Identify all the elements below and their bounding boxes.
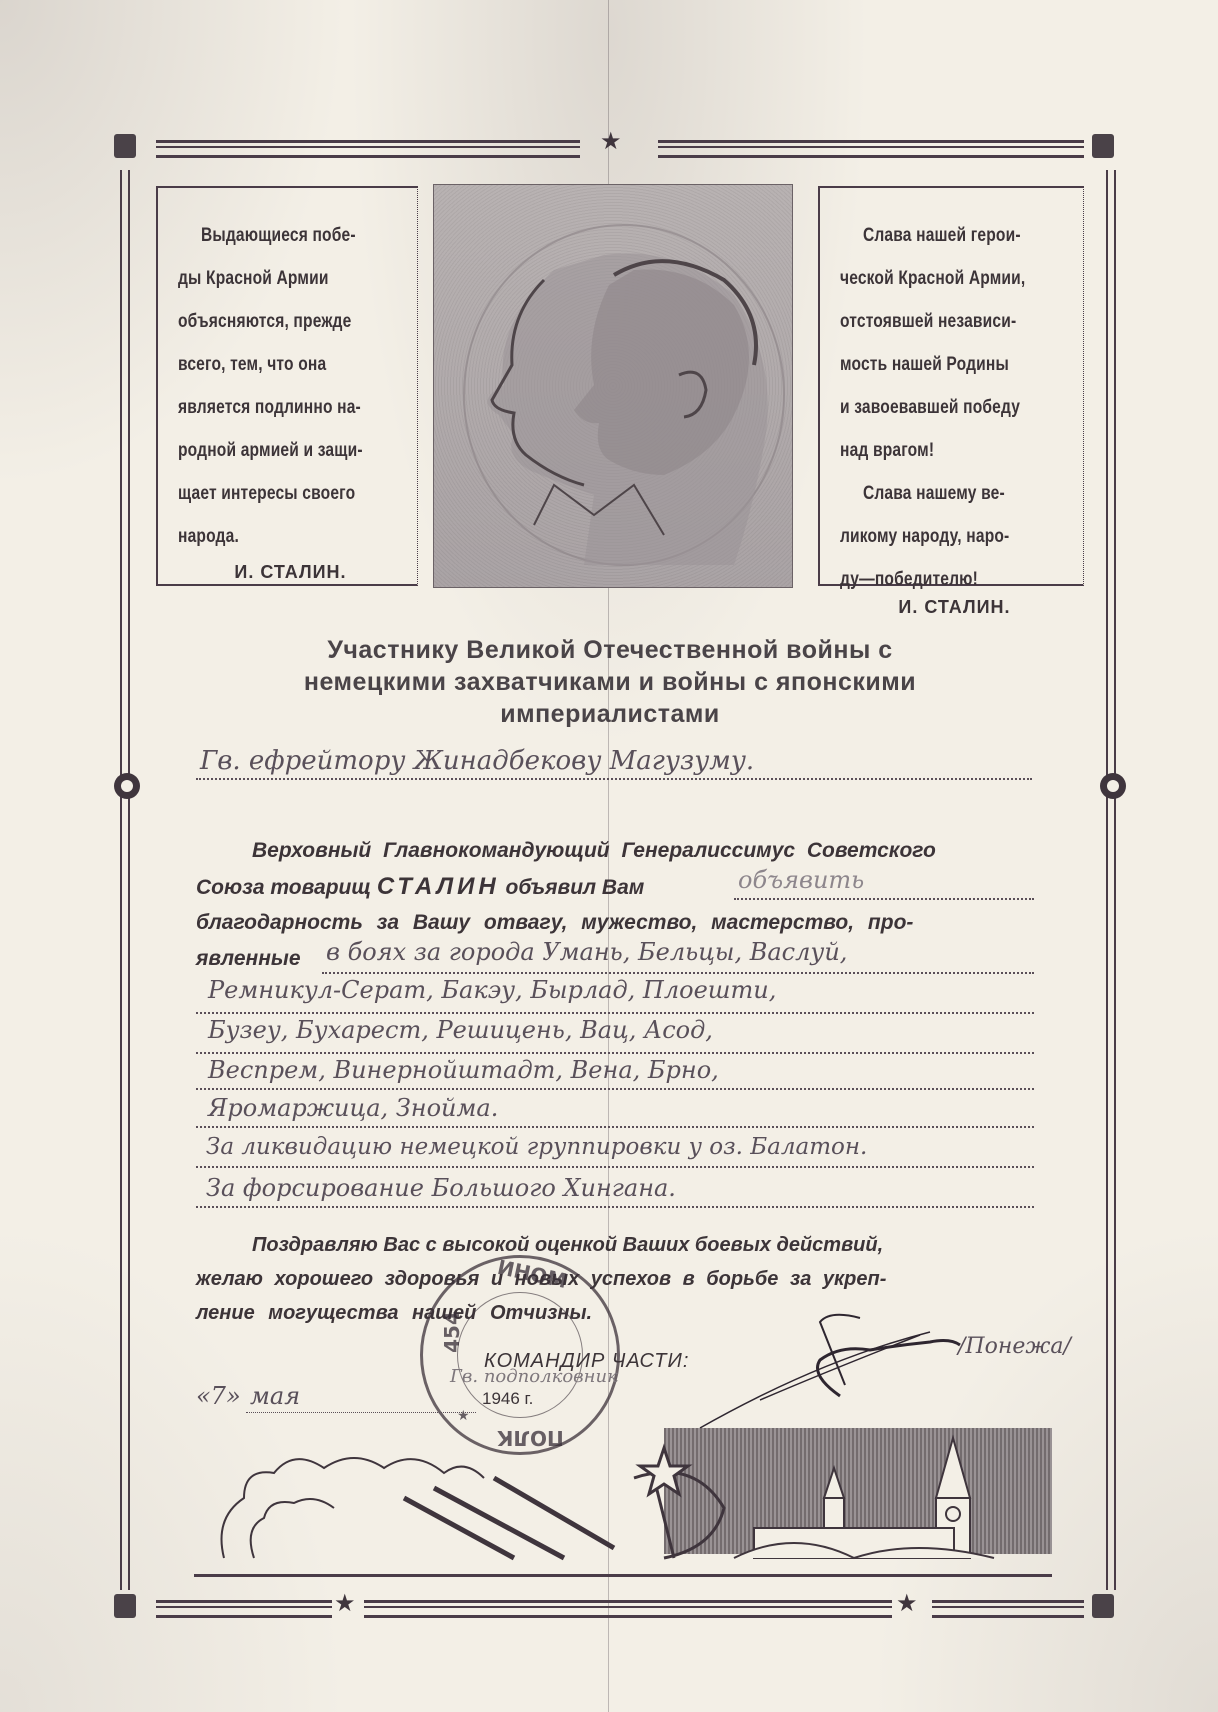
quote-line: народа. <box>178 515 403 558</box>
right-quote-text: Слава нашей герои- ческой Красной Армии,… <box>840 214 1069 601</box>
battles-line-6: За форсирование Большого Хингана. <box>206 1174 676 1202</box>
quote-line: родной армией и защи- <box>178 429 403 472</box>
battles-underline-4 <box>196 1126 1034 1128</box>
date-month: мая <box>250 1382 300 1410</box>
certificate-heading: Участнику Великой Отечественной войны с … <box>180 634 1040 730</box>
recipient-name: Гв. ефрейтору Жинадбекову Магузуму. <box>200 746 754 776</box>
closing-line-1: Поздравляю Вас с высокой оценкой Ваших б… <box>252 1228 883 1262</box>
left-quote-box: Выдающиеся побе- ды Красной Армии объясн… <box>156 186 418 586</box>
right-border <box>1106 170 1116 1590</box>
quote-line: ды Красной Армии <box>178 257 403 300</box>
star-icon: ★ <box>600 130 622 154</box>
left-quote-text: Выдающиеся побе- ды Красной Армии объясн… <box>178 214 403 558</box>
body-text: Союза товарищ <box>196 876 371 899</box>
battles-underline-2 <box>196 1052 1034 1054</box>
quote-line: над врагом! <box>840 429 1069 472</box>
right-quote-box: Слава нашей герои- ческой Красной Армии,… <box>818 186 1084 586</box>
left-border <box>120 170 130 1590</box>
corner-ornament-bottom-left <box>114 1594 136 1618</box>
recipient-underline <box>196 778 1032 780</box>
battles-underline-1 <box>196 1012 1034 1014</box>
quote-line: Слава нашей герои- <box>840 214 1069 257</box>
star-icon: ★ <box>334 1592 356 1616</box>
quote-line: объясняются, прежде <box>178 300 403 343</box>
commander-name: /Понежа/ <box>958 1334 1071 1359</box>
battles-line-2: Бузеу, Бухарест, Решицень, Вац, Асод, <box>208 1016 713 1044</box>
announcement-underline <box>734 898 1034 900</box>
right-border-knob <box>1100 773 1126 799</box>
heading-line: немецкими захватчиками и войны с японски… <box>180 666 1040 698</box>
bottom-rule-right <box>932 1600 1084 1618</box>
heading-line: Участнику Великой Отечественной войны с <box>180 634 1040 666</box>
battles-underline-0 <box>322 972 1034 974</box>
date-underline <box>246 1412 476 1413</box>
quote-line: мость нашей Родины <box>840 343 1069 386</box>
star-icon: ★ <box>896 1592 918 1616</box>
date-year: 1946 г. <box>482 1382 533 1416</box>
body-line-3: благодарность за Вашу отвагу, мужество, … <box>196 906 913 940</box>
body-line-4: явленные <box>196 942 301 976</box>
quote-line: щает интересы своего <box>178 472 403 515</box>
battles-line-0: в боях за города Умань, Бельцы, Васлуй, <box>326 938 847 966</box>
battles-underline-3 <box>196 1088 1034 1090</box>
lenin-stalin-portrait-icon <box>433 184 793 588</box>
quote-line: отстоявшей независи- <box>840 300 1069 343</box>
bottom-rule-left <box>156 1600 332 1618</box>
battles-line-5: За ликвидацию немецкой группировки у оз.… <box>206 1134 867 1160</box>
quote-line: Слава нашему ве- <box>840 472 1069 515</box>
left-quote-signature: И. СТАЛИН. <box>178 562 403 583</box>
battles-line-1: Ремникул-Серат, Бакэу, Бырлад, Плоешти, <box>208 976 776 1004</box>
stalin-name: СТАЛИН <box>377 873 500 900</box>
battles-underline-6 <box>196 1206 1034 1208</box>
corner-ornament-top-right <box>1092 134 1114 158</box>
stamp-number: 454 <box>440 1311 464 1353</box>
heading-line: империалистами <box>180 698 1040 730</box>
corner-ornament-bottom-right <box>1092 1594 1114 1618</box>
quote-line: ческой Красной Армии, <box>840 257 1069 300</box>
body-line-2: Союза товарищ СТАЛИН объявил Вам <box>196 870 644 905</box>
battles-underline-5 <box>196 1166 1034 1168</box>
top-rule-right <box>658 140 1084 158</box>
body-line-1: Верховный Главнокомандующий Генералиссим… <box>252 834 936 868</box>
top-rule-left <box>156 140 580 158</box>
corner-ornament-top-left <box>114 134 136 158</box>
quote-line: и завоевавшей победу <box>840 386 1069 429</box>
quote-line: Выдающиеся побе- <box>178 214 403 257</box>
body-text: объявил Вам <box>506 876 645 899</box>
battles-line-4: Яромаржица, Знойма. <box>208 1094 498 1122</box>
kremlin-vignette-icon <box>194 1418 1052 1577</box>
commander-rank: Гв. подполковник <box>450 1366 618 1387</box>
left-border-knob <box>114 773 140 799</box>
quote-line: является подлинно на- <box>178 386 403 429</box>
announcement-handwritten: объявить <box>738 866 864 894</box>
date-day: «7» <box>196 1382 241 1410</box>
quote-line: ду—победителю! <box>840 558 1069 601</box>
battles-line-3: Веспрем, Винернойштадт, Вена, Брно, <box>208 1056 719 1084</box>
quote-line: всего, тем, что она <box>178 343 403 386</box>
bottom-rule-middle <box>364 1600 892 1618</box>
quote-line: ликому народу, наро- <box>840 515 1069 558</box>
